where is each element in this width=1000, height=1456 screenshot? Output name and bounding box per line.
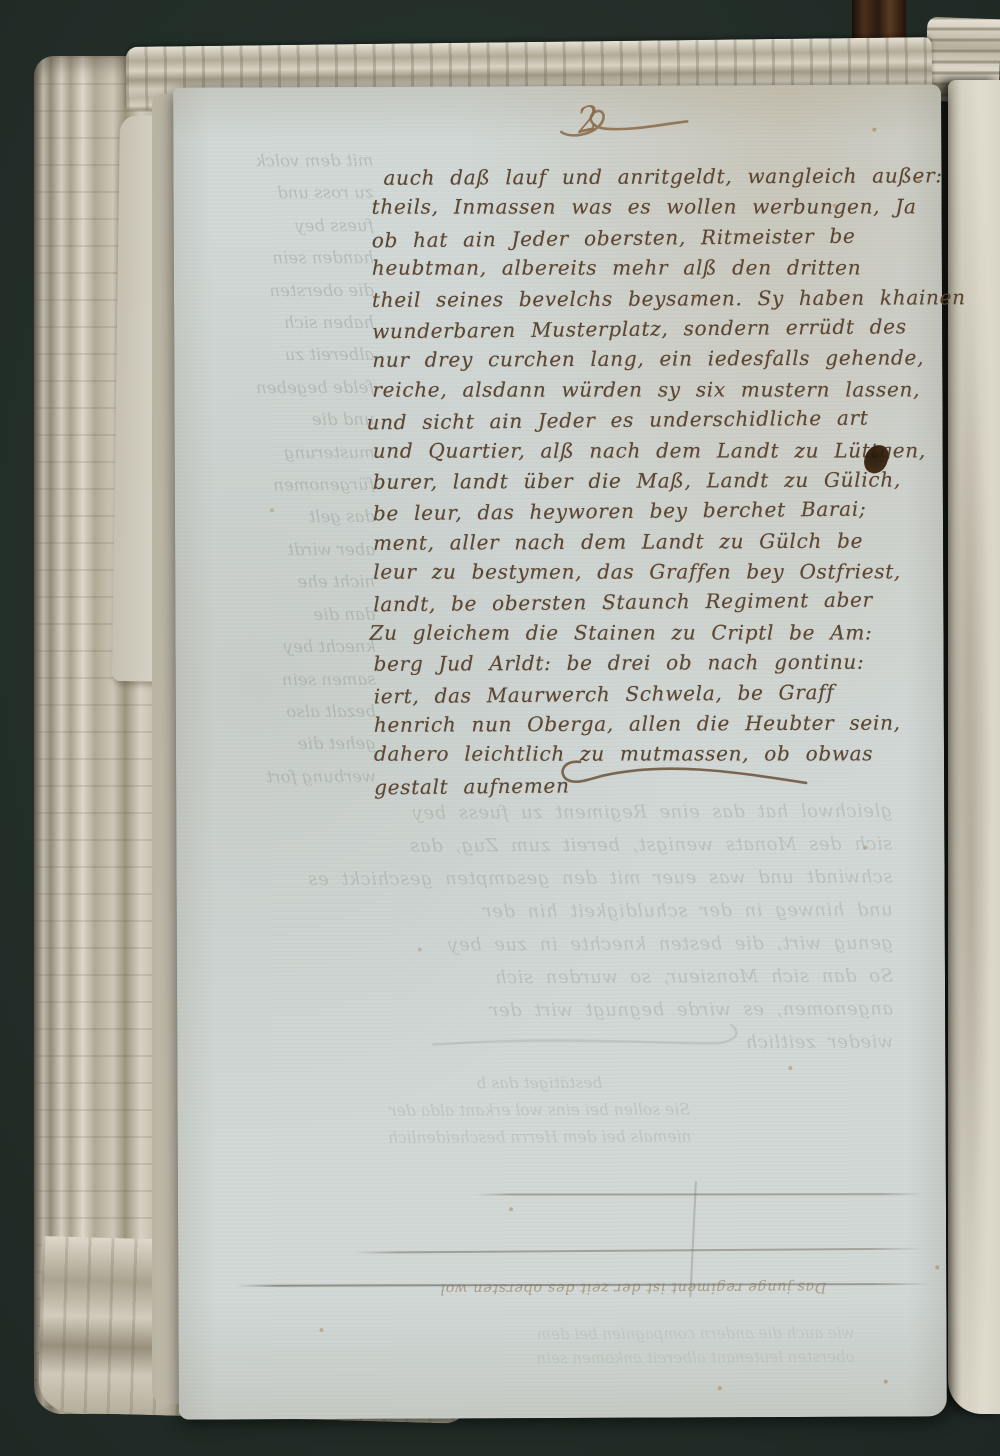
ghost-flourish-icon: [413, 1013, 753, 1054]
manuscript-line: berg Jud Arldt: be drei ob nach gontinu:: [374, 647, 960, 680]
manuscript-line: theils, Inmassen was es wollen werbungen…: [372, 192, 958, 223]
manuscript-line: wunderbaren Musterplatz, sondern errüdt …: [372, 311, 958, 347]
manuscript-page: 2 mit dem volck zu ross und fuess bey ha…: [173, 84, 947, 1419]
manuscript-line: be leur, das heyworen bey berchet Barai;: [373, 493, 959, 529]
bottom-faint-line-brown: Das junge regiment ist der zeit des ober…: [306, 1273, 826, 1297]
manuscript-line: ment, aller nach dem Landt zu Gülch be: [373, 525, 959, 558]
ghost-text-lower-block: bestätiget das b Sie sollen bei eins wol…: [265, 1069, 813, 1157]
manuscript-line: Zu gleichem die Stainen zu Criptl be Am:: [369, 617, 959, 648]
page-number-flourish: 2: [555, 97, 695, 146]
manuscript-line: theil seines bevelchs beysamen. Sy haben…: [372, 282, 958, 315]
page-number: 2: [576, 97, 600, 142]
manuscript-line: heubtman, albereits mehr alß den dritten: [372, 253, 958, 284]
bottom-faint-lines-gray: wie auch die andern compagnien bei dem o…: [244, 1321, 854, 1376]
manuscript-line: landt, be obersten Staunch Regiment aber: [373, 584, 959, 620]
manuscript-line: nur drey curchen lang, ein iedesfalls ge…: [372, 343, 958, 376]
ghost-text-left-column: mit dem volck zu ross und fuess bey hand…: [175, 145, 376, 794]
manuscript-line: auch daß lauf und anritgeldt, wangleich …: [383, 160, 957, 193]
crease-line: [352, 1248, 924, 1254]
manuscript-line: henrich nun Oberga, allen die Heubter se…: [374, 707, 960, 740]
photo-background: 2 mit dem volck zu ross und fuess bey ha…: [0, 0, 1000, 1456]
manuscript-line: und sicht ain Jeder es underschidliche a…: [366, 402, 958, 438]
paper-freckles: [173, 88, 175, 90]
manuscript-line: iert, das Maurwerch Schwela, be Graff: [374, 675, 960, 711]
crease-line: [476, 1193, 924, 1195]
manuscript-line: ob hat ain Jeder obersten, Ritmeister be: [372, 220, 958, 256]
manuscript-line: reiche, alsdann würden sy six mustern la…: [372, 374, 958, 405]
end-flourish-icon: [554, 751, 820, 796]
manuscript-line: leur zu bestymen, das Graffen bey Ostfri…: [373, 556, 959, 587]
manuscript-text-block: auch daß lauf und anritgeldt, wangleich …: [371, 160, 960, 801]
